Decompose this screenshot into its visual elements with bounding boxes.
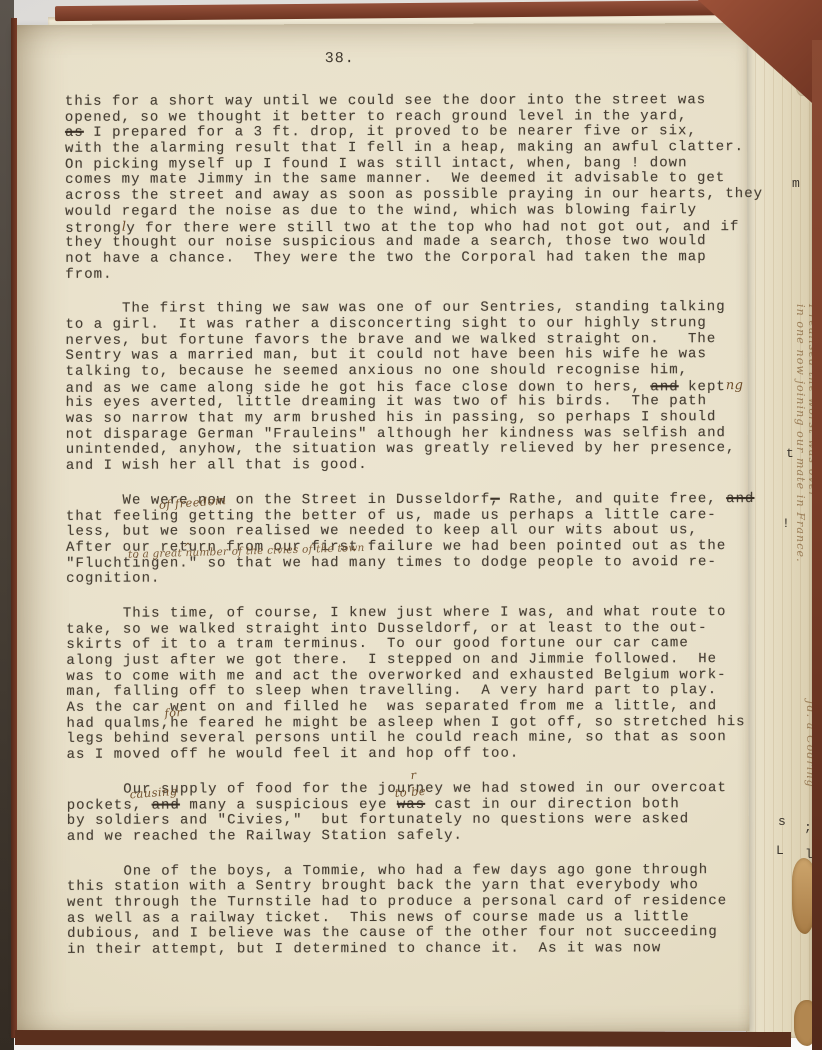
paragraph: We were now on the Street in Dusseldorf,… <box>66 492 764 588</box>
handwritten-insertion: causing <box>129 784 178 803</box>
typescript-page: 38. this for a short way until we could … <box>12 23 750 1033</box>
struck-text: , <box>490 492 499 508</box>
handwritten-insertion: to be <box>394 784 426 802</box>
typed-line: "Fluchtingen."to a great number of the c… <box>66 555 764 573</box>
book-cover-right-edge <box>812 40 822 1050</box>
struck-text: and <box>726 491 754 507</box>
page-edge-glyph: ; <box>804 820 812 835</box>
handwritten-insertion: l <box>122 219 127 234</box>
typed-line: unintended, anyhow, the situation was gr… <box>66 441 764 459</box>
typed-line: talking to, because he seemed anxious no… <box>66 363 764 381</box>
struck-text: as <box>65 125 84 141</box>
typed-line: as I moved off he would feel it and hop … <box>67 746 765 764</box>
typed-line: cognition. <box>66 570 764 588</box>
typed-line: in their attempt, but I determined to ch… <box>67 941 765 959</box>
typed-line: would regard the noise as due to the win… <box>65 203 763 221</box>
typed-line: and I wish her all that is good. <box>66 457 764 475</box>
paragraph: This time, of course, I knew just where … <box>66 605 764 764</box>
page-number: 38. <box>315 50 365 67</box>
page-edge-glyph: ! <box>782 516 790 531</box>
paragraph: The first thing we saw was one of our Se… <box>65 300 763 474</box>
paragraph: Our supply of food for the jourrney we h… <box>67 781 765 846</box>
page-edge-glyph: t <box>786 446 794 461</box>
typed-text: this for a short way until we could see … <box>65 93 765 978</box>
page-edge-glyph: m <box>792 176 800 191</box>
book-photo: 38. this for a short way until we could … <box>0 0 822 1050</box>
handwritten-insertion: ng <box>726 378 744 393</box>
handwritten-insertion: for <box>164 705 183 722</box>
handwritten-insertion: r <box>410 768 417 784</box>
paragraph: this for a short way until we could see … <box>65 93 763 283</box>
book-cover-bottom-edge <box>15 1030 791 1047</box>
typed-line: not have a chance. They were the two the… <box>65 250 763 268</box>
paragraph: One of the boys, a Tommie, who had a few… <box>67 863 765 959</box>
margin-note-upper-line2: in one now joining our mate in France. <box>794 304 806 563</box>
typed-line: and we reached the Railway Station safel… <box>67 828 765 846</box>
typed-line: from. <box>65 266 763 284</box>
page-edge-glyph: s <box>778 814 786 829</box>
book-cover-left-edge <box>11 18 17 1038</box>
page-edge-glyph: L <box>776 843 784 858</box>
